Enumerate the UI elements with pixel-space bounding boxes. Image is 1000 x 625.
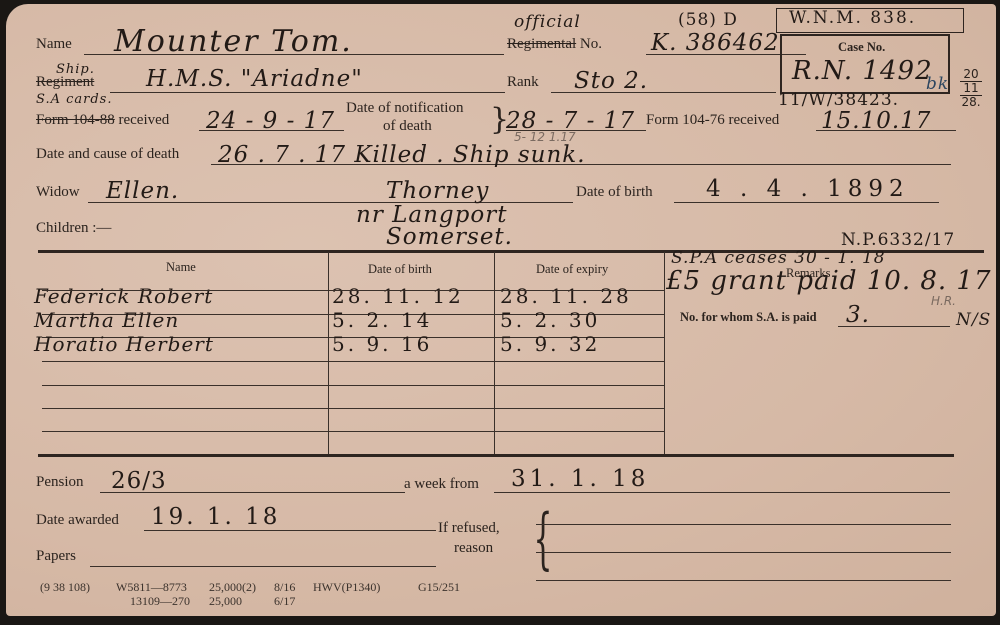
- child-name: Martha Ellen: [34, 308, 179, 332]
- initials-note: bk: [926, 74, 949, 94]
- child-dob: 5. 2. 14: [332, 308, 432, 332]
- widow-address-3: Somerset.: [386, 224, 513, 250]
- side-date-fraction: 20 11 28.: [960, 68, 982, 109]
- form-received-label: Form 104-88 received: [36, 112, 169, 129]
- widow-dob-label: Date of birth: [576, 184, 653, 201]
- col-header-dob: Date of birth: [368, 262, 432, 277]
- wnm-reference-box: W.N.M. 838.: [776, 8, 964, 33]
- reason-label: reason: [454, 540, 493, 557]
- ns-note: N/S: [956, 310, 991, 330]
- children-label: Children :—: [36, 220, 111, 237]
- widow-dob-value: 4 . 4 . 1892: [706, 176, 910, 202]
- child-dob: 28. 11. 12: [332, 284, 464, 308]
- refused-reason-line-1: [536, 524, 951, 525]
- child-expiry: 5. 9. 32: [500, 332, 600, 356]
- table-row-line: [42, 361, 330, 362]
- pension-label: Pension: [36, 474, 84, 491]
- table-row-line: [328, 361, 664, 362]
- col-header-expiry: Date of expiry: [536, 262, 608, 277]
- remarks-initials: H.R.: [931, 294, 956, 308]
- footer-code-1: (9 38 108): [40, 580, 90, 595]
- table-header-line: [42, 290, 664, 291]
- name-value: Mounter Tom.: [114, 24, 353, 59]
- received-date-value: 24 - 9 - 17: [206, 108, 335, 134]
- case-no-label: Case No.: [838, 40, 885, 55]
- notification-label-2: of death: [383, 118, 432, 135]
- sa-paid-label: No. for whom S.A. is paid: [680, 310, 817, 325]
- widow-value: Ellen.: [106, 178, 179, 204]
- ship-value: H.M.S. "Ariadne": [146, 66, 363, 92]
- death-label: Date and cause of death: [36, 146, 179, 163]
- widow-address-1: Thorney: [386, 178, 489, 204]
- refused-reason-line-2: [536, 552, 951, 553]
- form-104-76-value: 15.10.17: [821, 108, 931, 134]
- week-from-label: a week from: [404, 476, 479, 493]
- notification-label-1: Date of notification: [346, 100, 463, 117]
- regiment-label: Regiment: [36, 74, 94, 91]
- remarks-line-2: £5 grant paid 10. 8. 17: [666, 266, 992, 296]
- date-awarded-value: 19. 1. 18: [151, 504, 280, 530]
- child-name: Horatio Herbert: [34, 332, 214, 356]
- remarks-line-1: S.P.A ceases 30 - 1. 18: [671, 248, 886, 268]
- child-dob: 5. 9. 16: [332, 332, 432, 356]
- col-header-name: Name: [166, 260, 196, 275]
- np-reference: N.P.6332/17: [841, 230, 955, 250]
- case-number-box: Case No. R.N. 1492: [780, 34, 950, 94]
- name-label: Name: [36, 36, 72, 53]
- child-expiry: 5. 2. 30: [500, 308, 600, 332]
- regimental-no-value: K. 386462: [651, 30, 780, 56]
- pension-value: 26/3: [111, 468, 167, 494]
- file-reference: 11/W/38423.: [778, 90, 899, 110]
- wnm-reference-value: W.N.M. 838.: [789, 8, 916, 28]
- sa-cards-note: S.A cards.: [36, 92, 112, 107]
- widow-label: Widow: [36, 184, 80, 201]
- child-expiry: 28. 11. 28: [500, 284, 632, 308]
- rank-label: Rank: [507, 74, 539, 91]
- footer-code-2a: W5811—8773: [116, 580, 187, 595]
- rank-value: Sto 2.: [574, 68, 648, 94]
- regimental-no-label: Regimental No.: [507, 36, 602, 53]
- official-note: official: [514, 12, 581, 32]
- footer-code-4b: 6/17: [274, 594, 295, 609]
- papers-label: Papers: [36, 548, 76, 565]
- footer-code-3b: 25,000: [209, 594, 242, 609]
- footer-code-3a: 25,000(2): [209, 580, 256, 595]
- footer-code-2b: 13109—270: [130, 594, 190, 609]
- refused-reason-line-3: [536, 580, 951, 581]
- date-awarded-label: Date awarded: [36, 512, 119, 529]
- case-no-value: R.N. 1492: [792, 56, 933, 86]
- form-104-76-label: Form 104-76 received: [646, 112, 779, 129]
- pension-record-card: Name Mounter Tom. official (58) D Regime…: [6, 4, 996, 616]
- week-from-value: 31. 1. 18: [511, 466, 649, 492]
- footer-code-6: G15/251: [418, 580, 460, 595]
- sa-paid-value: 3.: [846, 302, 870, 328]
- child-name: Federick Robert: [34, 284, 213, 308]
- death-value: 26 . 7 . 17 Killed . Ship sunk.: [218, 142, 586, 168]
- footer-code-4a: 8/16: [274, 580, 295, 595]
- service-number-note: (58) D: [678, 10, 738, 30]
- if-refused-label: If refused,: [438, 520, 500, 537]
- footer-code-5: HWV(P1340): [313, 580, 380, 595]
